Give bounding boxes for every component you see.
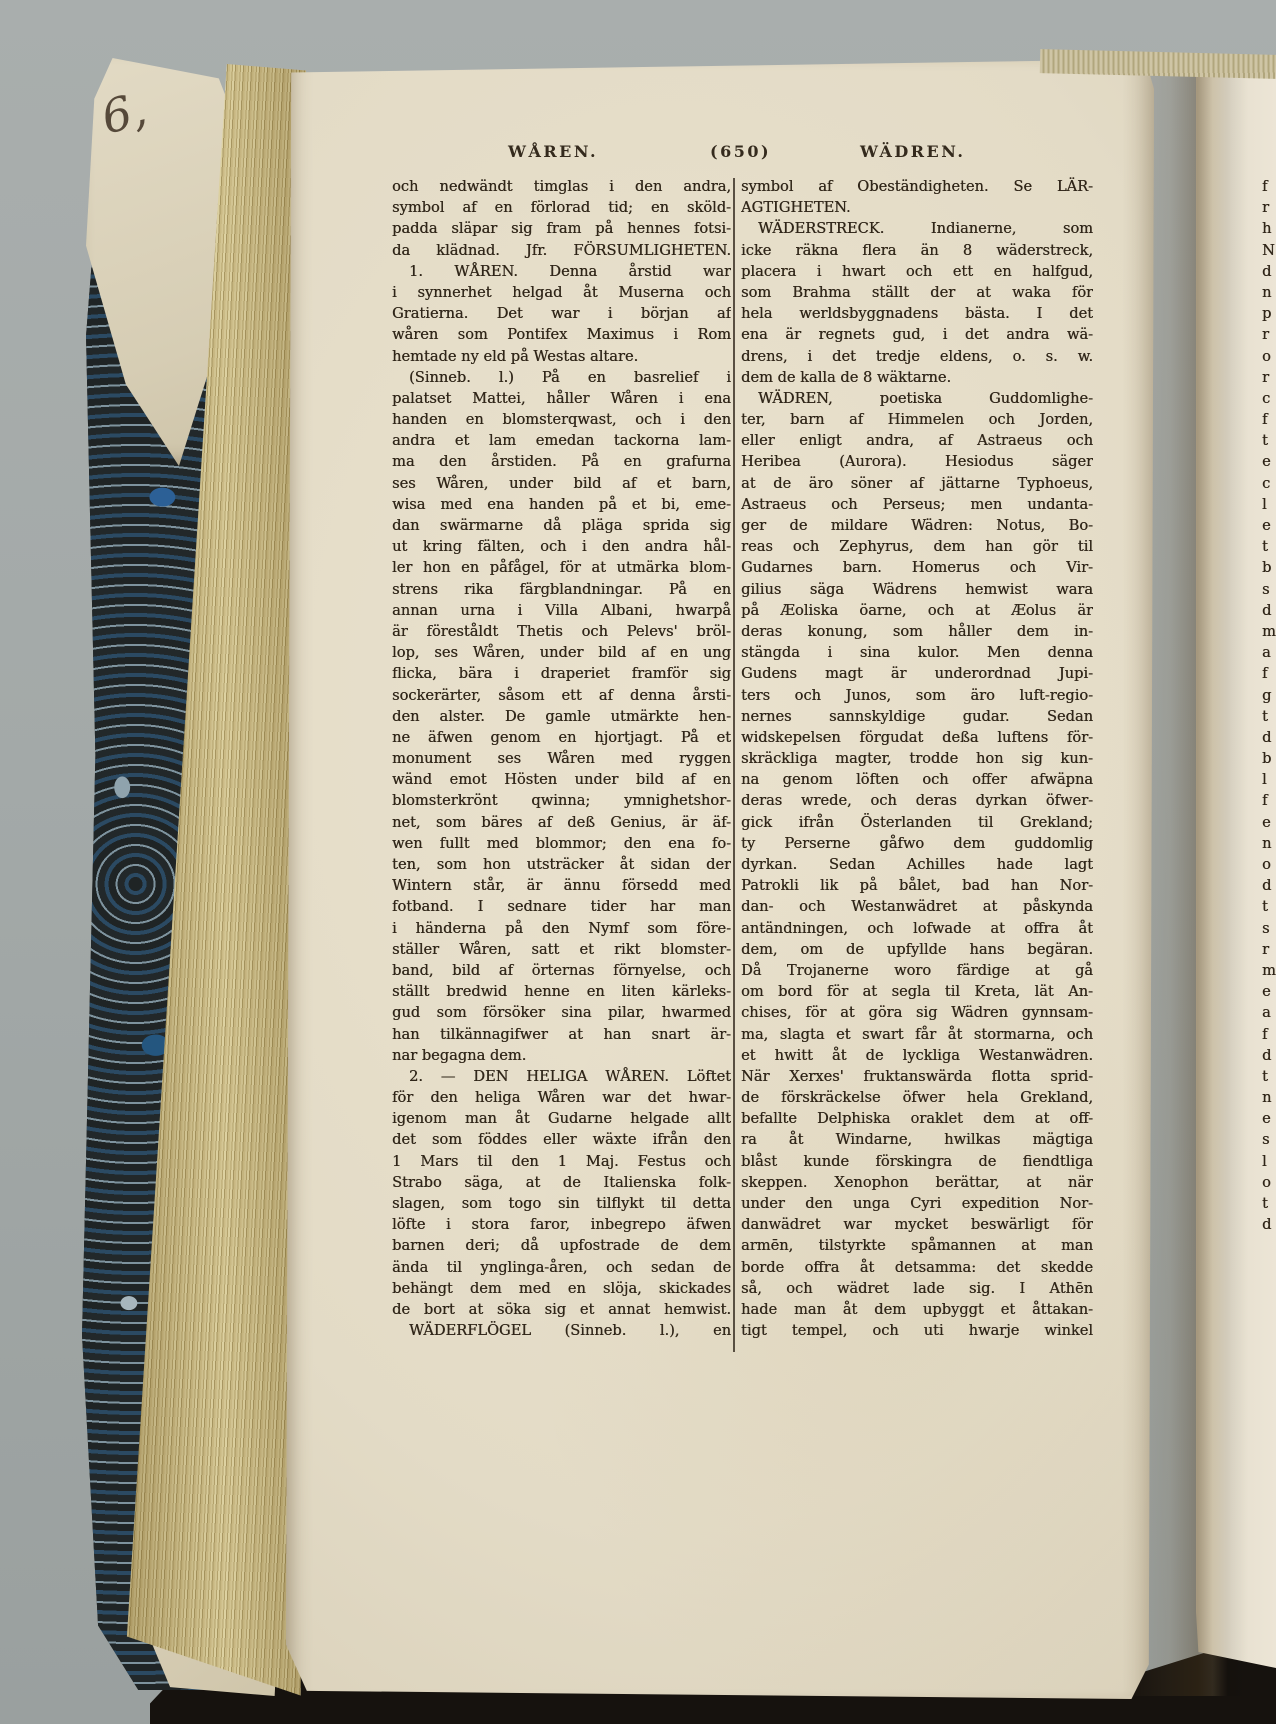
text-line: befallte Delphiska oraklet dem at off- bbox=[741, 1108, 1093, 1129]
cut-off-letter: f bbox=[1262, 409, 1276, 430]
text-line: lop, ses Wåren, under bild af en ung bbox=[392, 642, 731, 663]
text-line: skräckliga magter, trodde hon sig kun- bbox=[741, 748, 1093, 769]
text-line: Gudarnes barn. Homerus och Vir- bbox=[741, 557, 1093, 578]
cut-off-letter: b bbox=[1262, 748, 1276, 769]
cut-off-letter: n bbox=[1262, 282, 1276, 303]
cut-off-letter: o bbox=[1262, 1172, 1276, 1193]
text-line: wåren som Pontifex Maximus i Rom bbox=[392, 324, 731, 345]
cut-off-letter: s bbox=[1262, 579, 1276, 600]
text-line: WÄDERSTRECK. Indianerne, som bbox=[741, 218, 1093, 239]
text-line: andra et lam emedan tackorna lam- bbox=[392, 430, 731, 451]
cut-off-letter: t bbox=[1262, 430, 1276, 451]
cut-off-letter: o bbox=[1262, 346, 1276, 367]
column-divider-rule bbox=[733, 178, 735, 1352]
text-line: om bord för at segla til Kreta, lät An- bbox=[741, 981, 1093, 1002]
text-line: gud som försöker sina pilar, hwarmed bbox=[392, 1002, 731, 1023]
text-line: drens, i det tredje eldens, o. s. w. bbox=[741, 346, 1093, 367]
text-line: nar begagna dem. bbox=[392, 1045, 731, 1066]
cut-off-letter: f bbox=[1262, 790, 1276, 811]
cut-off-letter: d bbox=[1262, 1214, 1276, 1235]
text-line: blåst kunde förskingra de fiendtliga bbox=[741, 1151, 1093, 1172]
text-line: ger de mildare Wädren: Notus, Bo- bbox=[741, 515, 1093, 536]
cut-off-letter: e bbox=[1262, 451, 1276, 472]
text-line: i synnerhet helgad åt Muserna och bbox=[392, 282, 731, 303]
text-line: gick ifrån Österlanden til Grekland; bbox=[741, 812, 1093, 833]
text-line: det som föddes eller wäxte ifrån den bbox=[392, 1129, 731, 1150]
text-line: ten, som hon utsträcker åt sidan der bbox=[392, 854, 731, 875]
text-line: är föreståldt Thetis och Pelevs' bröl- bbox=[392, 621, 731, 642]
text-line: under den unga Cyri expedition Nor- bbox=[741, 1193, 1093, 1214]
text-line: på Æoliska öarne, och at Æolus är bbox=[741, 600, 1093, 621]
cut-off-letter: t bbox=[1262, 1066, 1276, 1087]
text-line: blomsterkrönt qwinna; ymnighetshor- bbox=[392, 790, 731, 811]
book-page: WÅREN. (650) WÄDREN. och nedwändt timgla… bbox=[286, 56, 1154, 1704]
text-line: reas och Zephyrus, dem han gör til bbox=[741, 536, 1093, 557]
running-header-left: WÅREN. bbox=[508, 142, 598, 161]
cut-off-letter: s bbox=[1262, 918, 1276, 939]
text-line: ler hon en påfågel, för at utmärka blom- bbox=[392, 557, 731, 578]
text-line: för den heliga Wåren war det hwar- bbox=[392, 1087, 731, 1108]
cut-off-letter: N bbox=[1262, 240, 1276, 261]
cut-off-letter: d bbox=[1262, 1045, 1276, 1066]
text-line: ne äfwen genom en hjortjagt. På et bbox=[392, 727, 731, 748]
text-line: ters och Junos, som äro luft-regio- bbox=[741, 685, 1093, 706]
cut-off-letter: a bbox=[1262, 642, 1276, 663]
text-line: hela werldsbyggnadens bästa. I det bbox=[741, 303, 1093, 324]
text-line: Då Trojanerne woro färdige at gå bbox=[741, 960, 1093, 981]
text-line: Strabo säga, at de Italienska folk- bbox=[392, 1172, 731, 1193]
cut-off-letter: d bbox=[1262, 875, 1276, 896]
text-line: eller enligt andra, af Astraeus och bbox=[741, 430, 1093, 451]
text-line: i händerna på den Nymf som före- bbox=[392, 918, 731, 939]
text-line: Wintern står, är ännu försedd med bbox=[392, 875, 731, 896]
text-line: armēn, tilstyrkte spåmannen at man bbox=[741, 1235, 1093, 1256]
cut-off-letter: s bbox=[1262, 1129, 1276, 1150]
cut-off-letter: e bbox=[1262, 981, 1276, 1002]
text-line: symbol af Obeständigheten. Se LÄR- bbox=[741, 176, 1093, 197]
cut-off-letter: r bbox=[1262, 367, 1276, 388]
cut-off-letter: l bbox=[1262, 769, 1276, 790]
text-line: flicka, bära i draperiet framför sig bbox=[392, 663, 731, 684]
text-line: dan- och Westanwädret at påskynda bbox=[741, 896, 1093, 917]
next-page-text-fragments: frhNdnprorcftecletbsdmafgtdblfenodtsrmea… bbox=[1262, 176, 1276, 1235]
text-line: deras konung, som håller dem in- bbox=[741, 621, 1093, 642]
text-line: slagen, som togo sin tilflykt til detta bbox=[392, 1193, 731, 1214]
text-line: WÄDERFLÖGEL (Sinneb. l.), en bbox=[392, 1320, 731, 1341]
cut-off-letter: l bbox=[1262, 494, 1276, 515]
text-line: antändningen, och lofwade at offra åt bbox=[741, 918, 1093, 939]
text-line: danwädret war mycket beswärligt för bbox=[741, 1214, 1093, 1235]
cut-off-letter: e bbox=[1262, 812, 1276, 833]
text-line: nernes sannskyldige gudar. Sedan bbox=[741, 706, 1093, 727]
text-line: at de äro söner af jättarne Typhoeus, bbox=[741, 473, 1093, 494]
cut-off-letter: m bbox=[1262, 621, 1276, 642]
text-line: strens rika färgblandningar. På en bbox=[392, 579, 731, 600]
cut-off-letter: d bbox=[1262, 600, 1276, 621]
cut-off-letter: r bbox=[1262, 197, 1276, 218]
text-line: monument ses Wåren med ryggen bbox=[392, 748, 731, 769]
cut-off-letter: r bbox=[1262, 939, 1276, 960]
cut-off-letter: t bbox=[1262, 536, 1276, 557]
text-line: 1. WÅREN. Denna årstid war bbox=[392, 261, 731, 282]
text-line: WÄDREN, poetiska Guddomlighe- bbox=[741, 388, 1093, 409]
text-line: dan swärmarne då pläga sprida sig bbox=[392, 515, 731, 536]
text-line: et hwitt åt de lyckliga Westanwädren. bbox=[741, 1045, 1093, 1066]
text-line: hade man åt dem upbyggt et åttakan- bbox=[741, 1299, 1093, 1320]
text-line: placera i hwart och ett en halfgud, bbox=[741, 261, 1093, 282]
text-line: gilius säga Wädrens hemwist wara bbox=[741, 579, 1093, 600]
text-line: annan urna i Villa Albani, hwarpå bbox=[392, 600, 731, 621]
text-line: Heribea (Aurora). Hesiodus säger bbox=[741, 451, 1093, 472]
page-number: (650) bbox=[710, 142, 771, 161]
cut-off-letter: l bbox=[1262, 1151, 1276, 1172]
text-line: behängt dem med en slöja, skickades bbox=[392, 1278, 731, 1299]
text-column-left: och nedwändt timglas i den andra,symbol … bbox=[392, 176, 731, 1341]
cut-off-letter: o bbox=[1262, 854, 1276, 875]
text-line: wisa med ena handen på et bi, eme- bbox=[392, 494, 731, 515]
text-line: dem de kalla de 8 wäktarne. bbox=[741, 367, 1093, 388]
text-line: ter, barn af Himmelen och Jorden, bbox=[741, 409, 1093, 430]
text-line: dem, om de upfyllde hans begäran. bbox=[741, 939, 1093, 960]
cut-off-letter: c bbox=[1262, 473, 1276, 494]
text-line: wänd emot Hösten under bild af en bbox=[392, 769, 731, 790]
text-line: ty Perserne gåfwo dem guddomlig bbox=[741, 833, 1093, 854]
text-line: net, som bäres af deß Genius, är äf- bbox=[392, 812, 731, 833]
text-line: icke räkna flera än 8 wäderstreck, bbox=[741, 240, 1093, 261]
text-line: ses Wåren, under bild af et barn, bbox=[392, 473, 731, 494]
text-line: ut kring fälten, och i den andra hål- bbox=[392, 536, 731, 557]
text-line: de förskräckelse öfwer hela Grekland, bbox=[741, 1087, 1093, 1108]
text-line: ma, slagta et swart får åt stormarna, oc… bbox=[741, 1024, 1093, 1045]
text-line: ena är regnets gud, i det andra wä- bbox=[741, 324, 1093, 345]
text-line: 2. — DEN HELIGA WÅREN. Löftet bbox=[392, 1066, 731, 1087]
cut-off-letter: m bbox=[1262, 960, 1276, 981]
text-line: ända til ynglinga-åren, och sedan de bbox=[392, 1257, 731, 1278]
text-line: padda släpar sig fram på hennes fotsi- bbox=[392, 218, 731, 239]
cut-off-letter: r bbox=[1262, 324, 1276, 345]
cut-off-letter: n bbox=[1262, 1087, 1276, 1108]
cut-off-letter: f bbox=[1262, 176, 1276, 197]
cut-off-letter: g bbox=[1262, 685, 1276, 706]
cut-off-letter: t bbox=[1262, 706, 1276, 727]
text-line: Gudens magt är underordnad Jupi- bbox=[741, 663, 1093, 684]
text-line: band, bild af örternas förnyelse, och bbox=[392, 960, 731, 981]
text-line: Astraeus och Perseus; men undanta- bbox=[741, 494, 1093, 515]
text-line: ma den årstiden. På en grafurna bbox=[392, 451, 731, 472]
cut-off-letter: d bbox=[1262, 261, 1276, 282]
text-line: ställt bredwid henne en liten kärleks- bbox=[392, 981, 731, 1002]
text-line: stängda i sina kulor. Men denna bbox=[741, 642, 1093, 663]
cut-off-letter: b bbox=[1262, 557, 1276, 578]
handwritten-mark: 6, bbox=[96, 81, 152, 144]
text-line: och nedwändt timglas i den andra, bbox=[392, 176, 731, 197]
text-line: som Brahma ställt der at waka för bbox=[741, 282, 1093, 303]
text-line: deras wrede, och deras dyrkan öfwer- bbox=[741, 790, 1093, 811]
text-line: sockerärter, såsom ett af denna årsti- bbox=[392, 685, 731, 706]
text-line: chises, för at göra sig Wädren gynnsam- bbox=[741, 1002, 1093, 1023]
cut-off-letter: f bbox=[1262, 1024, 1276, 1045]
running-header-right: WÄDREN. bbox=[860, 142, 965, 161]
text-line: fotband. I sednare tider har man bbox=[392, 896, 731, 917]
text-line: AGTIGHETEN. bbox=[741, 197, 1093, 218]
text-line: wen fullt med blommor; den ena fo- bbox=[392, 833, 731, 854]
cut-off-letter: t bbox=[1262, 1193, 1276, 1214]
text-line: widskepelsen förgudat deßa luftens för- bbox=[741, 727, 1093, 748]
cut-off-letter: a bbox=[1262, 1002, 1276, 1023]
text-line: löfte i stora faror, inbegrepo äfwen bbox=[392, 1214, 731, 1235]
cut-off-letter: e bbox=[1262, 1108, 1276, 1129]
text-line: handen en blomsterqwast, och i den bbox=[392, 409, 731, 430]
cut-off-letter: t bbox=[1262, 896, 1276, 917]
text-line: palatset Mattei, håller Wåren i ena bbox=[392, 388, 731, 409]
cut-off-letter: h bbox=[1262, 218, 1276, 239]
text-line: barnen deri; då upfostrade de dem bbox=[392, 1235, 731, 1256]
cut-off-letter: n bbox=[1262, 833, 1276, 854]
text-line: så, och wädret lade sig. I Athēn bbox=[741, 1278, 1093, 1299]
text-column-right: symbol af Obeständigheten. Se LÄR-AGTIGH… bbox=[741, 176, 1093, 1341]
text-line: När Xerxes' fruktanswärda flotta sprid- bbox=[741, 1066, 1093, 1087]
cut-off-letter: c bbox=[1262, 388, 1276, 409]
photo-of-book: 6, WÅREN. (650) WÄDREN. och nedwändt tim… bbox=[0, 0, 1276, 1724]
text-line: igenom man åt Gudarne helgade allt bbox=[392, 1108, 731, 1129]
text-line: ställer Wåren, satt et rikt blomster- bbox=[392, 939, 731, 960]
text-line: 1 Mars til den 1 Maj. Festus och bbox=[392, 1151, 731, 1172]
text-line: Gratierna. Det war i början af bbox=[392, 303, 731, 324]
text-line: den alster. De gamle utmärkte hen- bbox=[392, 706, 731, 727]
cut-off-letter: d bbox=[1262, 727, 1276, 748]
cut-off-letter: f bbox=[1262, 663, 1276, 684]
cut-off-letter: e bbox=[1262, 515, 1276, 536]
text-line: han tilkännagifwer at han snart är- bbox=[392, 1024, 731, 1045]
text-line: tigt tempel, och uti hwarje winkel bbox=[741, 1320, 1093, 1341]
text-line: dyrkan. Sedan Achilles hade lagt bbox=[741, 854, 1093, 875]
text-line: skeppen. Xenophon berättar, at när bbox=[741, 1172, 1093, 1193]
cut-off-letter: p bbox=[1262, 303, 1276, 324]
text-line: de bort at söka sig et annat hemwist. bbox=[392, 1299, 731, 1320]
text-line: borde offra åt detsamma: det skedde bbox=[741, 1257, 1093, 1278]
text-line: da klädnad. Jfr. FÖRSUMLIGHETEN. bbox=[392, 240, 731, 261]
text-line: (Sinneb. l.) På en basrelief i bbox=[392, 367, 731, 388]
text-line: symbol af en förlorad tid; en sköld- bbox=[392, 197, 731, 218]
text-line: Patrokli lik på bålet, bad han Nor- bbox=[741, 875, 1093, 896]
text-line: na genom löften och offer afwäpna bbox=[741, 769, 1093, 790]
text-line: hemtade ny eld på Westas altare. bbox=[392, 346, 731, 367]
text-line: ra åt Windarne, hwilkas mägtiga bbox=[741, 1129, 1093, 1150]
